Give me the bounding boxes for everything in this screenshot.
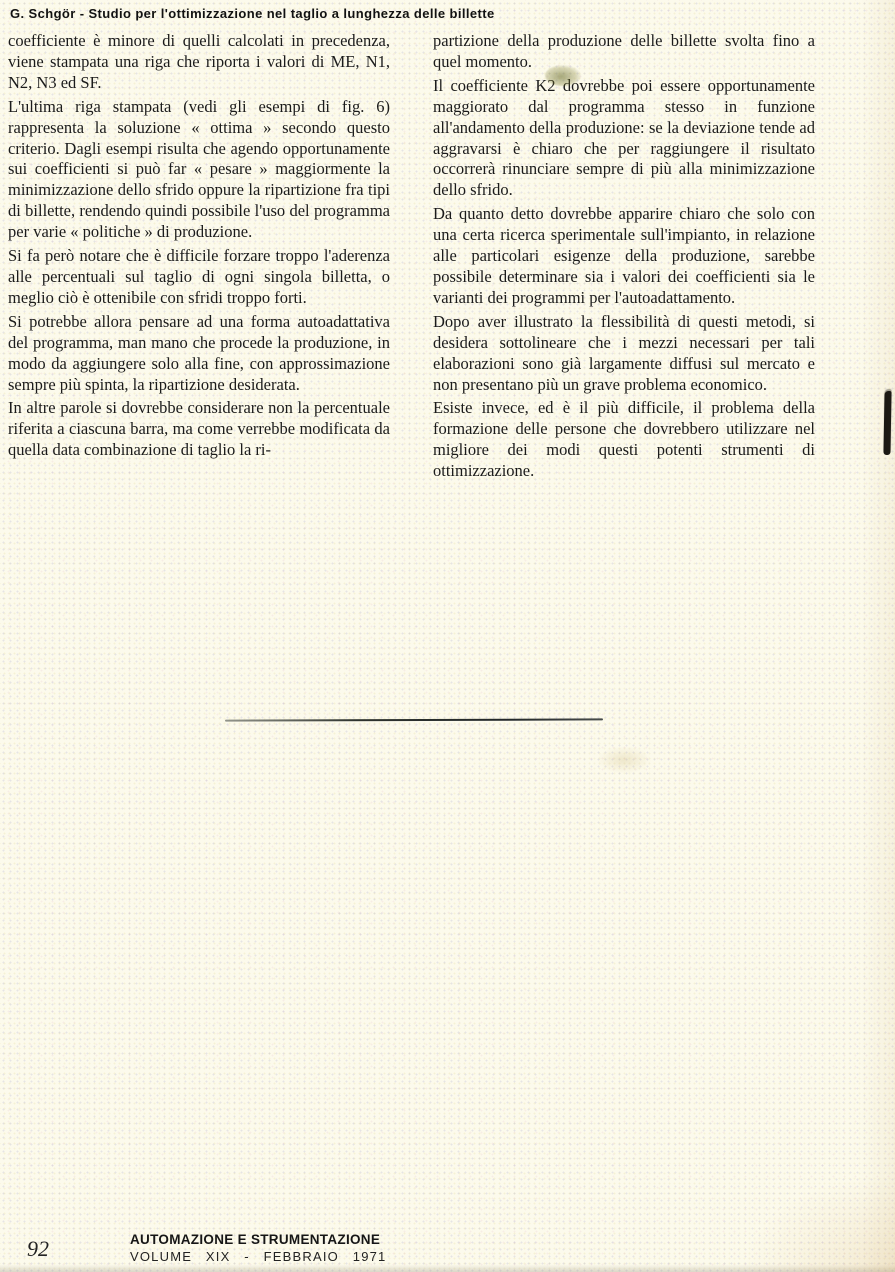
paragraph: partizione della produzione delle billet… [433,31,815,73]
paragraph: Da quanto detto dovrebbe apparire chiaro… [433,204,815,309]
paper-smudge [596,746,652,774]
journal-name: AUTOMAZIONE E STRUMENTAZIONE [130,1232,387,1247]
running-header: G. Schgör - Studio per l'ottimizzazione … [10,6,495,21]
paragraph: Il coefficiente K2 dovrebbe poi essere o… [433,76,815,201]
paragraph: coefficiente è minore di quelli calcolat… [8,31,390,94]
paragraph: Dopo aver illustrato la flessibilità di … [433,312,815,396]
journal-imprint: AUTOMAZIONE E STRUMENTAZIONE VOLUME XIX … [130,1232,387,1264]
horizontal-rule [225,718,603,721]
paragraph: Si fa però notare che è difficile forzar… [8,246,390,309]
paragraph: Si potrebbe allora pensare ad una forma … [8,312,390,396]
scanned-journal-page: G. Schgör - Studio per l'ottimizzazione … [0,0,895,1272]
page-edge-ink-mark [883,391,891,455]
paragraph: Esiste invece, ed è il più difficile, il… [433,398,815,482]
ink-stain [545,65,581,86]
paragraph: L'ultima riga stampata (vedi gli esempi … [8,97,390,243]
right-column: partizione della produzione delle billet… [433,31,815,485]
left-column: coefficiente è minore di quelli calcolat… [8,31,390,485]
page-footer: 92 AUTOMAZIONE E STRUMENTAZIONE VOLUME X… [0,1232,895,1268]
article-body: coefficiente è minore di quelli calcolat… [8,31,815,485]
journal-volume-line: VOLUME XIX - FEBBRAIO 1971 [130,1249,387,1264]
page-number: 92 [27,1236,49,1262]
paragraph: In altre parole si dovrebbe considerare … [8,398,390,461]
